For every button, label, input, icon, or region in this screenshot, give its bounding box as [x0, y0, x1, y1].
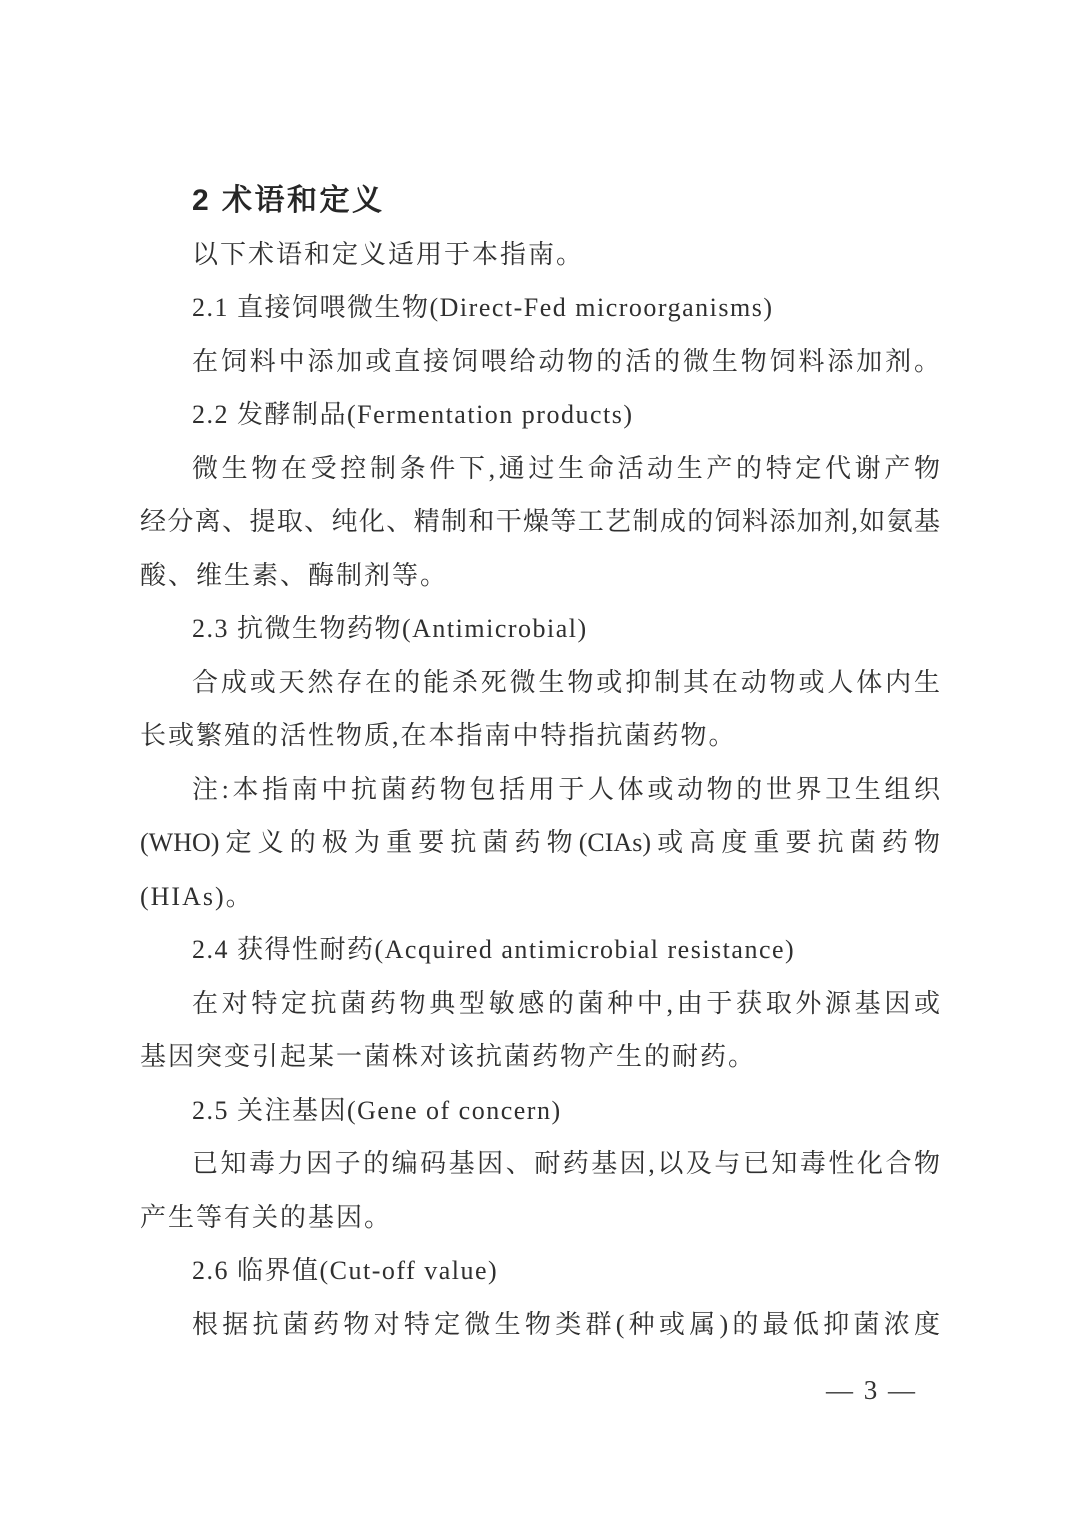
definition-line: 合成或天然存在的能杀死微生物或抑制其在动物或人体内生	[140, 656, 940, 710]
page-number: — 3 —	[826, 1364, 917, 1418]
definition-line: 根据抗菌药物对特定微生物类群(种或属)的最低抑菌浓度	[140, 1298, 940, 1352]
term-line-2-5: 2.5 关注基因(Gene of concern)	[140, 1084, 940, 1138]
term-line-2-3: 2.3 抗微生物药物(Antimicrobial)	[140, 602, 940, 656]
definition-line: 微生物在受控制条件下,通过生命活动生产的特定代谢产物	[140, 442, 940, 496]
definition-line: 在对特定抗菌药物典型敏感的菌种中,由于获取外源基因或	[140, 977, 940, 1031]
note-line: (WHO)定义的极为重要抗菌药物(CIAs)或高度重要抗菌药物	[140, 816, 940, 870]
document-body: 2 术语和定义 以下术语和定义适用于本指南。 2.1 直接饲喂微生物(Direc…	[140, 174, 940, 1351]
term-line-2-4: 2.4 获得性耐药(Acquired antimicrobial resista…	[140, 923, 940, 977]
note-line: 注:本指南中抗菌药物包括用于人体或动物的世界卫生组织	[140, 763, 940, 817]
note-line: (HIAs)。	[140, 870, 940, 924]
term-line-2-6: 2.6 临界值(Cut-off value)	[140, 1244, 940, 1298]
definition-line: 已知毒力因子的编码基因、耐药基因,以及与已知毒性化合物	[140, 1137, 940, 1191]
definition-line: 长或繁殖的活性物质,在本指南中特指抗菌药物。	[140, 709, 940, 763]
term-line-2-1: 2.1 直接饲喂微生物(Direct-Fed microorganisms)	[140, 281, 940, 335]
definition-line: 在饲料中添加或直接饲喂给动物的活的微生物饲料添加剂。	[140, 335, 940, 389]
definition-line: 经分离、提取、纯化、精制和干燥等工艺制成的饲料添加剂,如氨基	[140, 495, 940, 549]
section-heading: 2 术语和定义	[140, 174, 940, 228]
intro-line: 以下术语和定义适用于本指南。	[140, 228, 940, 282]
definition-line: 基因突变引起某一菌株对该抗菌药物产生的耐药。	[140, 1030, 940, 1084]
term-line-2-2: 2.2 发酵制品(Fermentation products)	[140, 388, 940, 442]
definition-line: 酸、维生素、酶制剂等。	[140, 549, 940, 603]
definition-line: 产生等有关的基因。	[140, 1191, 940, 1245]
